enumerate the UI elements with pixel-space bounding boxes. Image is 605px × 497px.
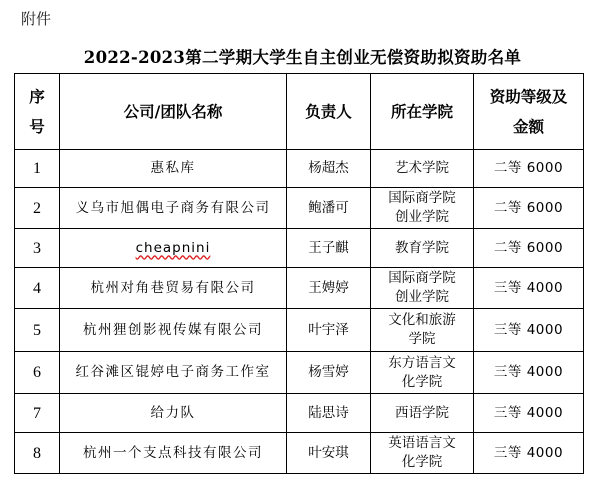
cell-company: 杭州一个支点科技有限公司 <box>60 433 287 474</box>
header-seq: 序 号 <box>15 74 60 150</box>
cell-leader: 杨雪婷 <box>287 352 371 394</box>
header-company: 公司/团队名称 <box>60 74 287 150</box>
college-line1: 英语语言文 <box>371 434 473 453</box>
cell-leader: 王娉婷 <box>287 268 371 309</box>
header-grade-line2: 金额 <box>474 112 583 142</box>
cell-college: 西语学院 <box>371 394 474 433</box>
table-row: 1 惠私库 杨超杰 艺术学院 二等 6000 <box>15 150 584 188</box>
cell-company: 杭州狸创影视传媒有限公司 <box>60 309 287 352</box>
cell-college: 国际商学院 创业学院 <box>371 268 474 309</box>
cell-college: 教育学院 <box>371 229 474 268</box>
attachment-label: 附件 <box>21 8 51 29</box>
cell-college: 文化和旅游 学院 <box>371 309 474 352</box>
header-seq-line1: 序 <box>15 82 59 112</box>
header-seq-line2: 号 <box>15 112 59 142</box>
cell-seq: 4 <box>15 268 60 309</box>
cell-company: 杭州对角巷贸易有限公司 <box>60 268 287 309</box>
cell-grade: 三等 4000 <box>474 309 584 352</box>
table-row: 6 红谷滩区锟婷电子商务工作室 杨雪婷 东方语言文 化学院 三等 4000 <box>15 352 584 394</box>
cell-leader: 陆思诗 <box>287 394 371 433</box>
cell-leader: 杨超杰 <box>287 150 371 188</box>
header-grade-line1: 资助等级及 <box>474 82 583 112</box>
college-line2: 创业学院 <box>371 288 473 307</box>
cell-seq: 7 <box>15 394 60 433</box>
header-row: 序 号 公司/团队名称 负责人 所在学院 资助等级及 金额 <box>15 74 584 150</box>
cell-college: 艺术学院 <box>371 150 474 188</box>
table-row: 5 杭州狸创影视传媒有限公司 叶宇泽 文化和旅游 学院 三等 4000 <box>15 309 584 352</box>
college-line2: 化学院 <box>371 373 473 392</box>
college-line1: 国际商学院 <box>371 189 473 208</box>
cell-leader: 王子麒 <box>287 229 371 268</box>
college-line2: 创业学院 <box>371 208 473 227</box>
cell-grade: 三等 4000 <box>474 433 584 474</box>
header-grade: 资助等级及 金额 <box>474 74 584 150</box>
cell-company: cheapnini <box>60 229 287 268</box>
cell-company: 义乌市旭偶电子商务有限公司 <box>60 188 287 229</box>
funding-list-table: 序 号 公司/团队名称 负责人 所在学院 资助等级及 金额 1 惠私库 杨超杰 … <box>14 73 584 474</box>
cell-grade: 三等 4000 <box>474 352 584 394</box>
college-line1: 西语学院 <box>371 404 473 423</box>
cell-seq: 8 <box>15 433 60 474</box>
cell-college: 国际商学院 创业学院 <box>371 188 474 229</box>
document-title: 2022-2023第二学期大学生自主创业无偿资助拟资助名单 <box>0 44 605 68</box>
cell-company: 惠私库 <box>60 150 287 188</box>
cell-grade: 二等 6000 <box>474 229 584 268</box>
cell-seq: 3 <box>15 229 60 268</box>
table-row: 4 杭州对角巷贸易有限公司 王娉婷 国际商学院 创业学院 三等 4000 <box>15 268 584 309</box>
cell-leader: 鲍潘可 <box>287 188 371 229</box>
header-college: 所在学院 <box>371 74 474 150</box>
table-row: 7 给力队 陆思诗 西语学院 三等 4000 <box>15 394 584 433</box>
cell-college: 东方语言文 化学院 <box>371 352 474 394</box>
cell-grade: 三等 4000 <box>474 394 584 433</box>
cell-grade: 二等 6000 <box>474 150 584 188</box>
cell-grade: 三等 4000 <box>474 268 584 309</box>
table-row: 2 义乌市旭偶电子商务有限公司 鲍潘可 国际商学院 创业学院 二等 6000 <box>15 188 584 229</box>
college-line1: 艺术学院 <box>371 159 473 178</box>
cell-seq: 5 <box>15 309 60 352</box>
college-line1: 教育学院 <box>371 239 473 258</box>
table-row: 3 cheapnini 王子麒 教育学院 二等 6000 <box>15 229 584 268</box>
company-name-spellcheck: cheapnini <box>136 240 211 256</box>
header-leader: 负责人 <box>287 74 371 150</box>
college-line2: 化学院 <box>371 453 473 472</box>
cell-leader: 叶宇泽 <box>287 309 371 352</box>
cell-college: 英语语言文 化学院 <box>371 433 474 474</box>
college-line1: 国际商学院 <box>371 269 473 288</box>
cell-seq: 2 <box>15 188 60 229</box>
college-line1: 文化和旅游 <box>371 311 473 330</box>
cell-grade: 二等 6000 <box>474 188 584 229</box>
college-line1: 东方语言文 <box>371 354 473 373</box>
cell-company: 红谷滩区锟婷电子商务工作室 <box>60 352 287 394</box>
cell-seq: 1 <box>15 150 60 188</box>
table-row: 8 杭州一个支点科技有限公司 叶安琪 英语语言文 化学院 三等 4000 <box>15 433 584 474</box>
cell-company: 给力队 <box>60 394 287 433</box>
cell-leader: 叶安琪 <box>287 433 371 474</box>
cell-seq: 6 <box>15 352 60 394</box>
college-line2: 学院 <box>371 330 473 349</box>
